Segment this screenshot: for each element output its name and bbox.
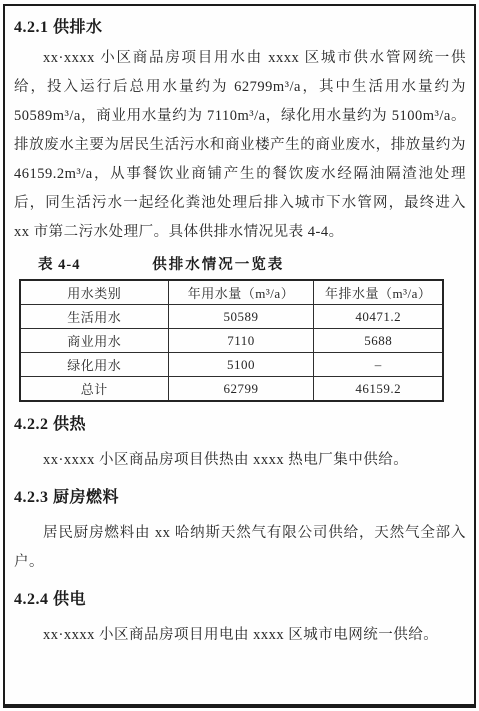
cell-annual-drainage: 46159.2 (314, 377, 443, 402)
table-row-commercial-water: 商业用水 7110 5688 (20, 329, 443, 353)
table-row-greening-water: 绿化用水 5100 – (20, 353, 443, 377)
table-header-row: 用水类别 年用水量（m³/a） 年排水量（m³/a） (20, 280, 443, 305)
column-header-annual-water-use: 年用水量（m³/a） (168, 280, 314, 305)
cell-category: 绿化用水 (20, 353, 168, 377)
water-supply-drainage-table: 用水类别 年用水量（m³/a） 年排水量（m³/a） 生活用水 50589 40… (19, 279, 444, 402)
section-heading-power-supply: 4.2.4 供电 (14, 590, 466, 610)
paragraph-kitchen-fuel: 居民厨房燃料由 xx 哈纳斯天然气有限公司供给，天然气全部入户。 (14, 519, 466, 577)
cell-category: 生活用水 (20, 305, 168, 329)
cell-annual-water-use: 5100 (168, 353, 314, 377)
paragraph-power-supply: xx·xxxx 小区商品房项目用电由 xxxx 区城市电网统一供给。 (14, 621, 466, 650)
cell-category: 总计 (20, 377, 168, 402)
section-heading-water-supply-drainage: 4.2.1 供排水 (14, 18, 466, 38)
table-caption-title: 供排水情况一览表 (80, 253, 466, 274)
column-header-annual-drainage: 年排水量（m³/a） (314, 280, 443, 305)
table-row-total: 总计 62799 46159.2 (20, 377, 443, 402)
section-heading-heating: 4.2.2 供热 (14, 415, 466, 435)
table-caption-label: 表 4-4 (38, 253, 80, 274)
cell-annual-water-use: 7110 (168, 329, 314, 353)
cell-annual-drainage: 40471.2 (314, 305, 443, 329)
cell-annual-water-use: 62799 (168, 377, 314, 402)
cell-annual-drainage: 5688 (314, 329, 443, 353)
column-header-water-category: 用水类别 (20, 280, 168, 305)
paragraph-heating: xx·xxxx 小区商品房项目供热由 xxxx 热电厂集中供给。 (14, 446, 466, 475)
table-row-domestic-water: 生活用水 50589 40471.2 (20, 305, 443, 329)
section-heading-kitchen-fuel: 4.2.3 厨房燃料 (14, 488, 466, 508)
cell-annual-drainage: – (314, 353, 443, 377)
paragraph-water-supply-drainage: xx·xxxx 小区商品房项目用水由 xxxx 区城市供水管网统一供给，投入运行… (14, 44, 466, 247)
cell-category: 商业用水 (20, 329, 168, 353)
document-page: 4.2.1 供排水 xx·xxxx 小区商品房项目用水由 xxxx 区城市供水管… (3, 4, 476, 708)
cell-annual-water-use: 50589 (168, 305, 314, 329)
table-caption: 表 4-4 供排水情况一览表 (14, 253, 466, 274)
